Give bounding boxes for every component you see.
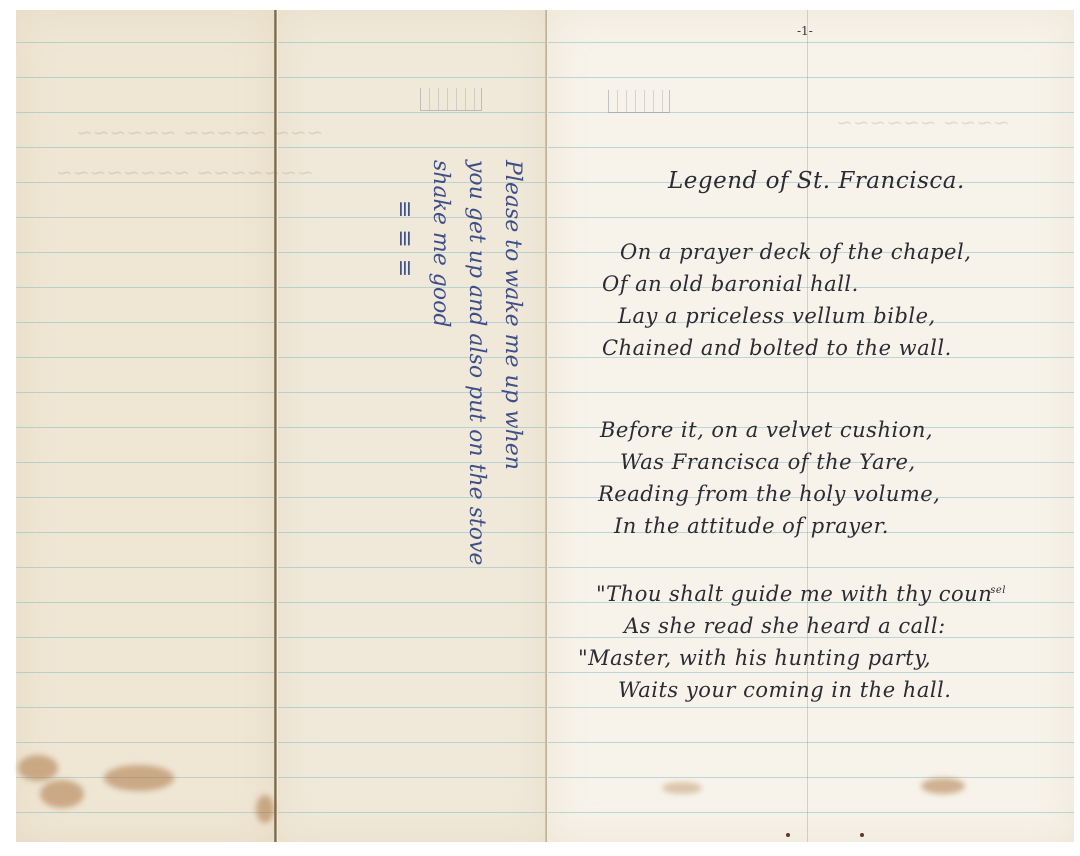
poem-line: As she read she heard a call:	[624, 614, 946, 638]
bleed-through-text: ~~~~ ~~~~~~	[836, 110, 1010, 134]
poem-title: Legend of St. Francisca.	[668, 168, 965, 194]
bleed-through-text: ~~~ ~~~~~ ~~~~~~	[76, 120, 323, 144]
poem-line: Was Francisca of the Yare,	[620, 450, 916, 474]
poem-line: In the attitude of prayer.	[614, 514, 889, 538]
poem-line: Waits your coming in the hall.	[618, 678, 951, 702]
ink-dot	[860, 833, 864, 837]
stain	[18, 755, 58, 781]
poem-insertion: sel	[990, 585, 1006, 596]
side-note: Please to wake me up when you get up and…	[386, 160, 530, 780]
poem-line: Chained and bolted to the wall.	[602, 336, 952, 360]
stain	[256, 795, 274, 823]
ink-dot	[786, 833, 790, 837]
stain	[662, 782, 702, 794]
poem-line: Lay a priceless vellum bible,	[618, 304, 936, 328]
poem-line: Reading from the holy volume,	[598, 482, 940, 506]
stain	[40, 780, 84, 808]
bleed-through-text: ~~~~~~~ ~~~~~~~~	[56, 160, 314, 184]
poem-line-text: "Thou shalt guide me with thy coun	[596, 582, 992, 606]
note-line: Please to wake me up when	[494, 160, 530, 780]
poem-line: On a prayer deck of the chapel,	[620, 240, 971, 264]
note-line: shake me good	[422, 160, 458, 780]
embossed-stamp-icon	[420, 88, 482, 111]
page-number: -1-	[797, 24, 813, 38]
embossed-stamp-icon	[608, 90, 670, 113]
stain	[921, 778, 965, 794]
poem-line: Before it, on a velvet cushion,	[600, 418, 933, 442]
fold-line-right	[545, 10, 547, 842]
stain	[104, 765, 174, 791]
poem-line: Of an old baronial hall.	[602, 272, 859, 296]
poem-line: "Thou shalt guide me with thy counsel	[596, 582, 1006, 606]
note-line: you get up and also put on the stove	[458, 160, 494, 780]
poem-line: "Master, with his hunting party,	[578, 646, 931, 670]
note-underline-marks: ≡ ≡ ≡	[386, 200, 422, 780]
